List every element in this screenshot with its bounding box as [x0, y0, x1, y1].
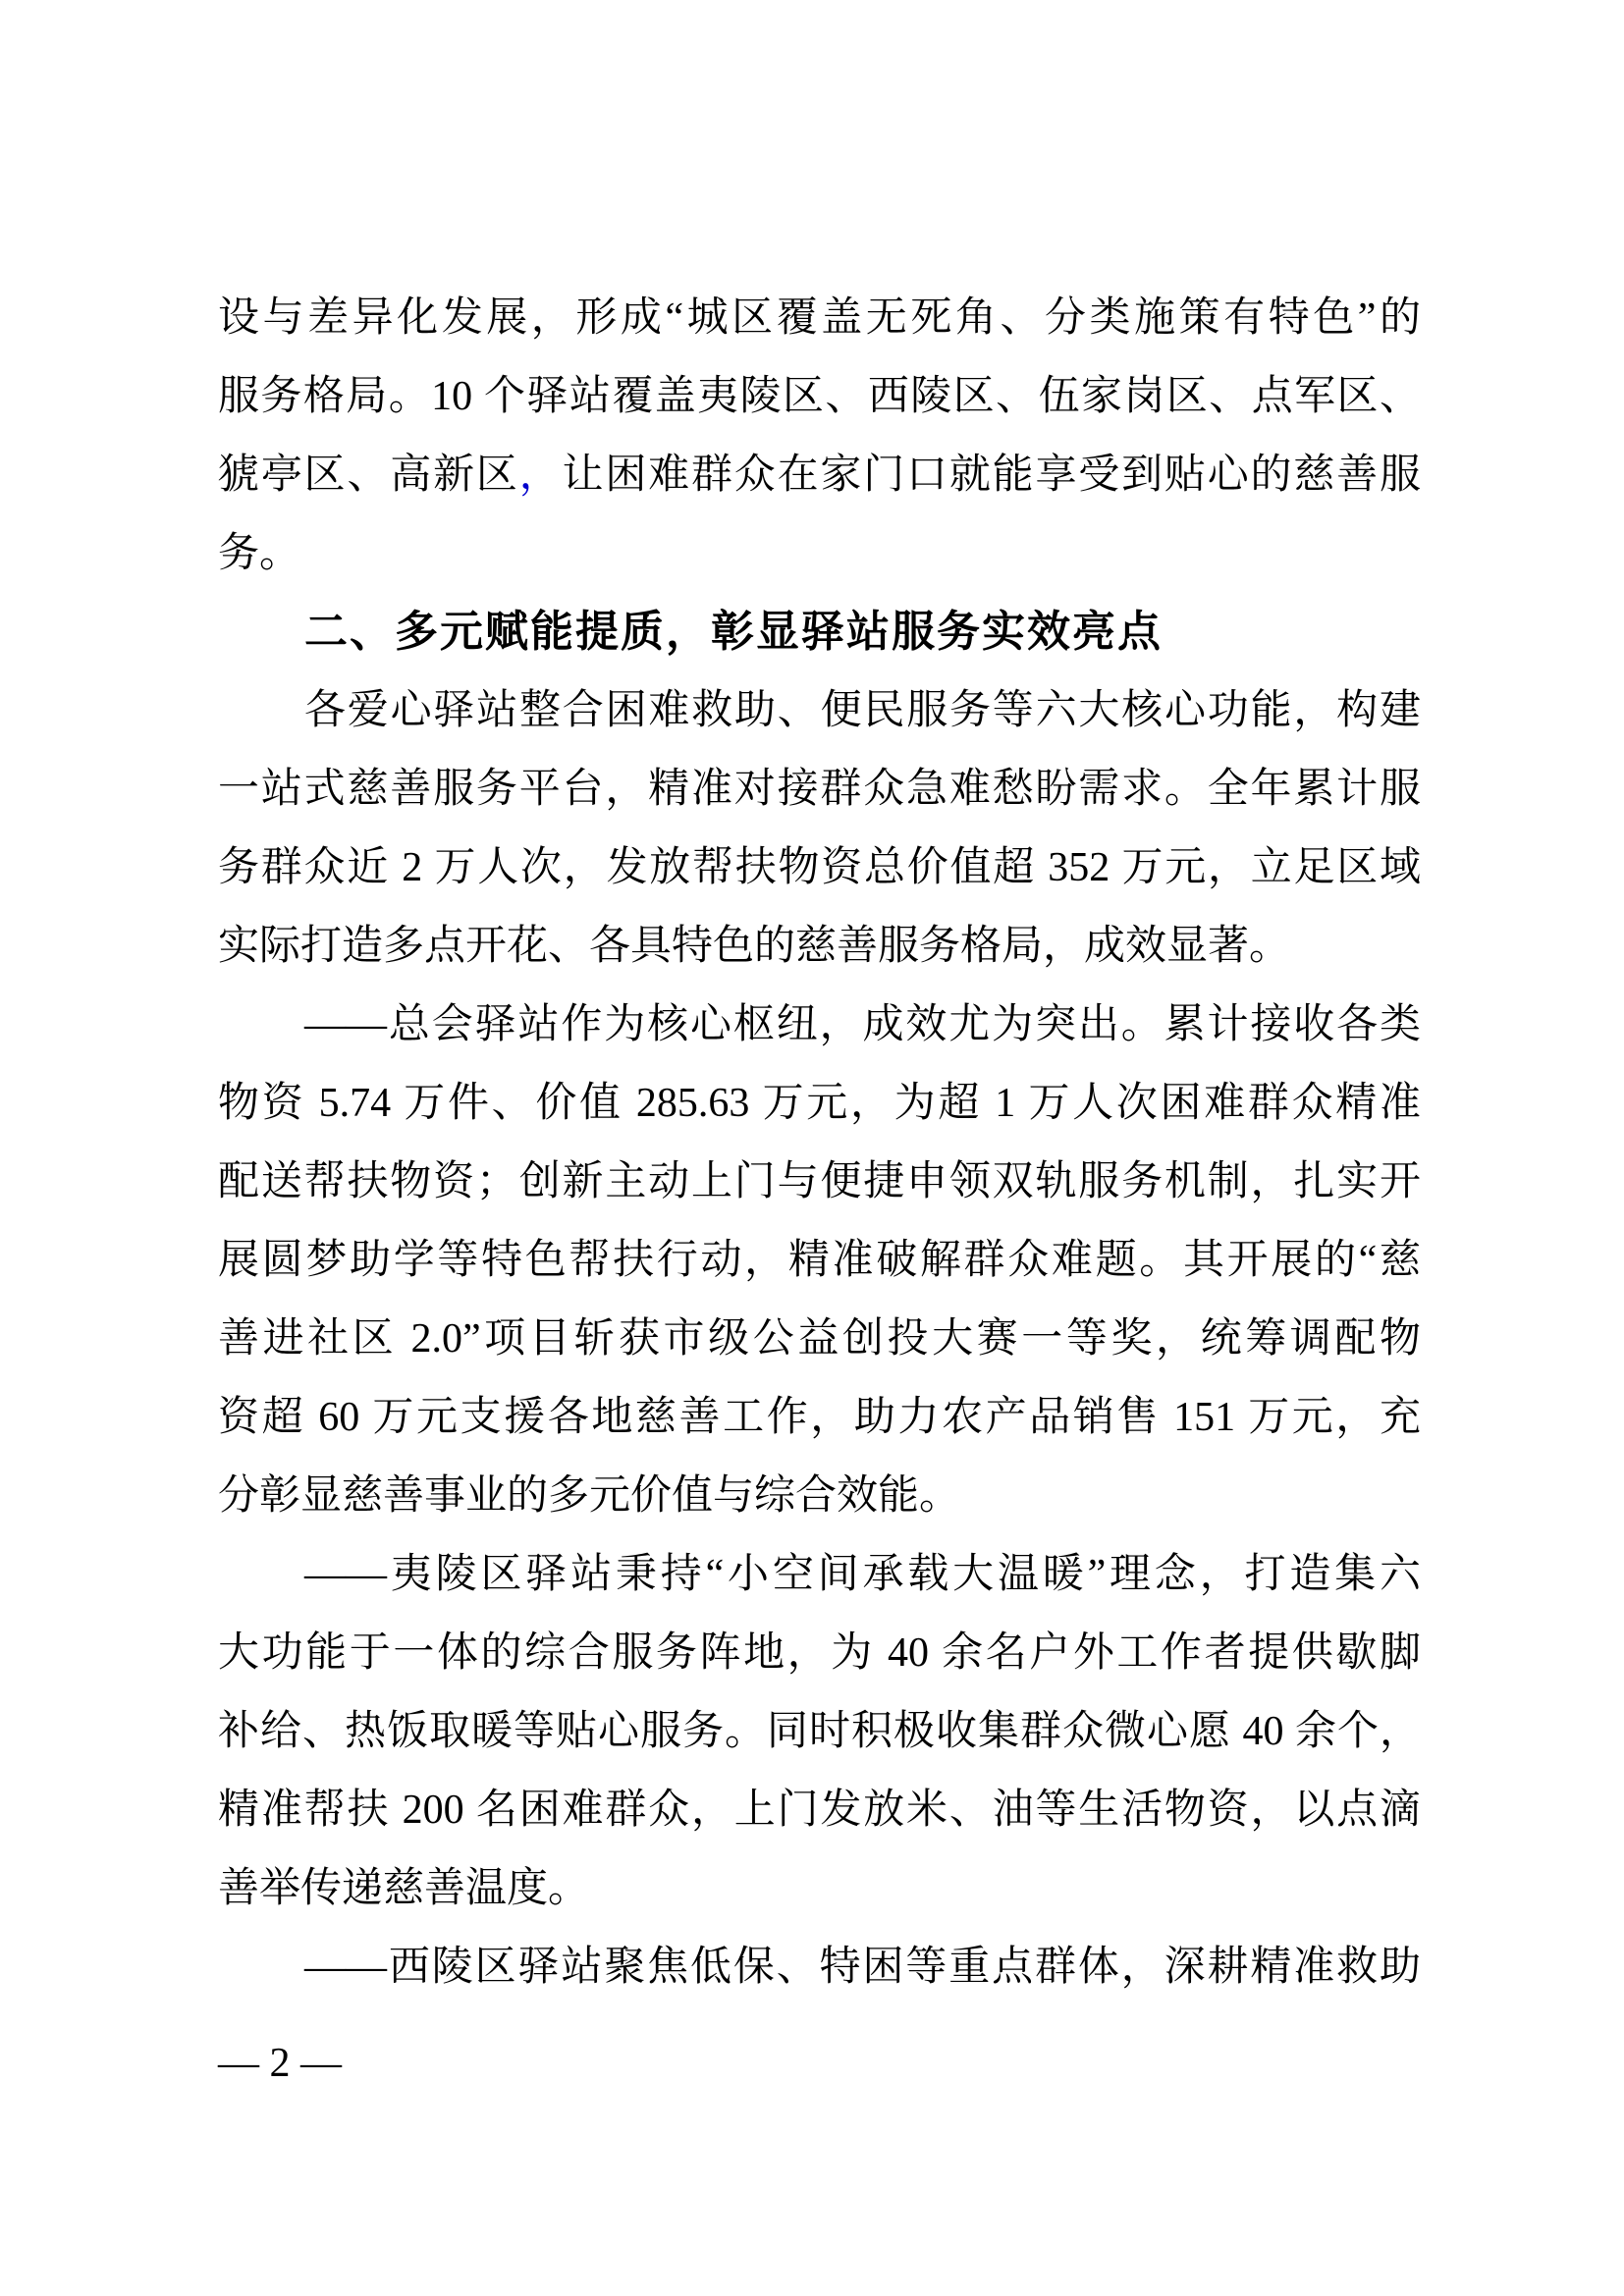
- text-run: ——西陵区驿站聚焦低保、特困等重点群体，深耕精准救助: [304, 1945, 1421, 1990]
- text-run: 善举传递慈善温度。: [218, 1866, 589, 1911]
- text-line: 善进社区 2.0”项目斩获市级公益创投大赛一等奖，统筹调配物: [218, 1300, 1421, 1378]
- text-run: 猇亭区、高新区: [218, 453, 519, 498]
- text-line: 精准帮扶 200 名困难群众，上门发放米、油等生活物资，以点滴: [218, 1771, 1421, 1849]
- text-run: 善进社区 2.0”项目斩获市级公益创投大赛一等奖，统筹调配物: [218, 1316, 1421, 1362]
- text-line: ——夷陵区驿站秉持“小空间承载大温暖”理念，打造集六: [218, 1535, 1421, 1614]
- document-body: 设与差异化发展，形成“城区覆盖无死角、分类施策有特色”的服务格局。10 个驿站覆…: [218, 279, 1421, 2006]
- text-run: 一站式慈善服务平台，精准对接群众急难愁盼需求。全年累计服: [218, 767, 1421, 812]
- text-run: 配送帮扶物资；创新主动上门与便捷申领双轨服务机制，扎实开: [218, 1159, 1421, 1204]
- text-line: 分彰显慈善事业的多元价值与综合效能。: [218, 1457, 1421, 1535]
- section-heading: 二、多元赋能提质，彰显驿站服务实效亮点: [218, 593, 1421, 671]
- text-line: 补给、热饭取暖等贴心服务。同时积极收集群众微心愿 40 余个，: [218, 1692, 1421, 1771]
- text-run: 务群众近 2 万人次，发放帮扶物资总价值超 352 万元，立足区域: [218, 845, 1421, 890]
- text-line: 实际打造多点开花、各具特色的慈善服务格局，成效显著。: [218, 907, 1421, 986]
- text-run: 物资 5.74 万件、价值 285.63 万元，为超 1 万人次困难群众精准: [218, 1081, 1421, 1126]
- text-line: 资超 60 万元支援各地慈善工作，助力农产品销售 151 万元，充: [218, 1378, 1421, 1457]
- text-line: 设与差异化发展，形成“城区覆盖无死角、分类施策有特色”的: [218, 279, 1421, 357]
- text-run: 让困难群众在家门口就能享受到贴心的慈善服: [563, 453, 1421, 498]
- blue-comma: ，: [519, 453, 563, 498]
- text-line: 猇亭区、高新区，让困难群众在家门口就能享受到贴心的慈善服: [218, 436, 1421, 514]
- text-line: 务。: [218, 514, 1421, 593]
- text-line: 配送帮扶物资；创新主动上门与便捷申领双轨服务机制，扎实开: [218, 1143, 1421, 1221]
- text-line: 服务格局。10 个驿站覆盖夷陵区、西陵区、伍家岗区、点军区、: [218, 357, 1421, 436]
- text-run: ——夷陵区驿站秉持“小空间承载大温暖”理念，打造集六: [304, 1552, 1421, 1597]
- text-run: 补给、热饭取暖等贴心服务。同时积极收集群众微心愿 40 余个，: [218, 1709, 1421, 1754]
- text-line: 展圆梦助学等特色帮扶行动，精准破解群众难题。其开展的“慈: [218, 1221, 1421, 1300]
- page-number: — 2 —: [218, 2024, 342, 2103]
- text-run: 服务格局。10 个驿站覆盖夷陵区、西陵区、伍家岗区、点军区、: [218, 374, 1421, 419]
- text-line: 大功能于一体的综合服务阵地，为 40 余名户外工作者提供歇脚: [218, 1614, 1421, 1692]
- text-line: 善举传递慈善温度。: [218, 1849, 1421, 1928]
- text-line: 务群众近 2 万人次，发放帮扶物资总价值超 352 万元，立足区域: [218, 828, 1421, 907]
- text-run: 设与差异化发展，形成“城区覆盖无死角、分类施策有特色”的: [218, 295, 1421, 341]
- text-run: ——总会驿站作为核心枢纽，成效尤为突出。累计接收各类: [304, 1002, 1421, 1047]
- document-page: 设与差异化发展，形成“城区覆盖无死角、分类施策有特色”的服务格局。10 个驿站覆…: [0, 0, 1624, 2296]
- text-run: 实际打造多点开花、各具特色的慈善服务格局，成效显著。: [218, 924, 1290, 969]
- text-line: ——西陵区驿站聚焦低保、特困等重点群体，深耕精准救助: [218, 1928, 1421, 2006]
- text-run: 资超 60 万元支援各地慈善工作，助力农产品销售 151 万元，充: [218, 1395, 1421, 1440]
- text-run: 务。: [218, 531, 300, 576]
- text-run: 精准帮扶 200 名困难群众，上门发放米、油等生活物资，以点滴: [218, 1788, 1421, 1833]
- text-run: 大功能于一体的综合服务阵地，为 40 余名户外工作者提供歇脚: [218, 1630, 1421, 1676]
- text-line: 一站式慈善服务平台，精准对接群众急难愁盼需求。全年累计服: [218, 750, 1421, 828]
- text-run: 展圆梦助学等特色帮扶行动，精准破解群众难题。其开展的“慈: [218, 1238, 1421, 1283]
- text-run: 分彰显慈善事业的多元价值与综合效能。: [218, 1473, 960, 1519]
- text-run: 各爱心驿站整合困难救助、便民服务等六大核心功能，构建: [304, 688, 1421, 733]
- text-run: 二、多元赋能提质，彰显驿站服务实效亮点: [304, 608, 1163, 656]
- text-line: 物资 5.74 万件、价值 285.63 万元，为超 1 万人次困难群众精准: [218, 1064, 1421, 1143]
- text-line: 各爱心驿站整合困难救助、便民服务等六大核心功能，构建: [218, 671, 1421, 750]
- text-line: ——总会驿站作为核心枢纽，成效尤为突出。累计接收各类: [218, 986, 1421, 1064]
